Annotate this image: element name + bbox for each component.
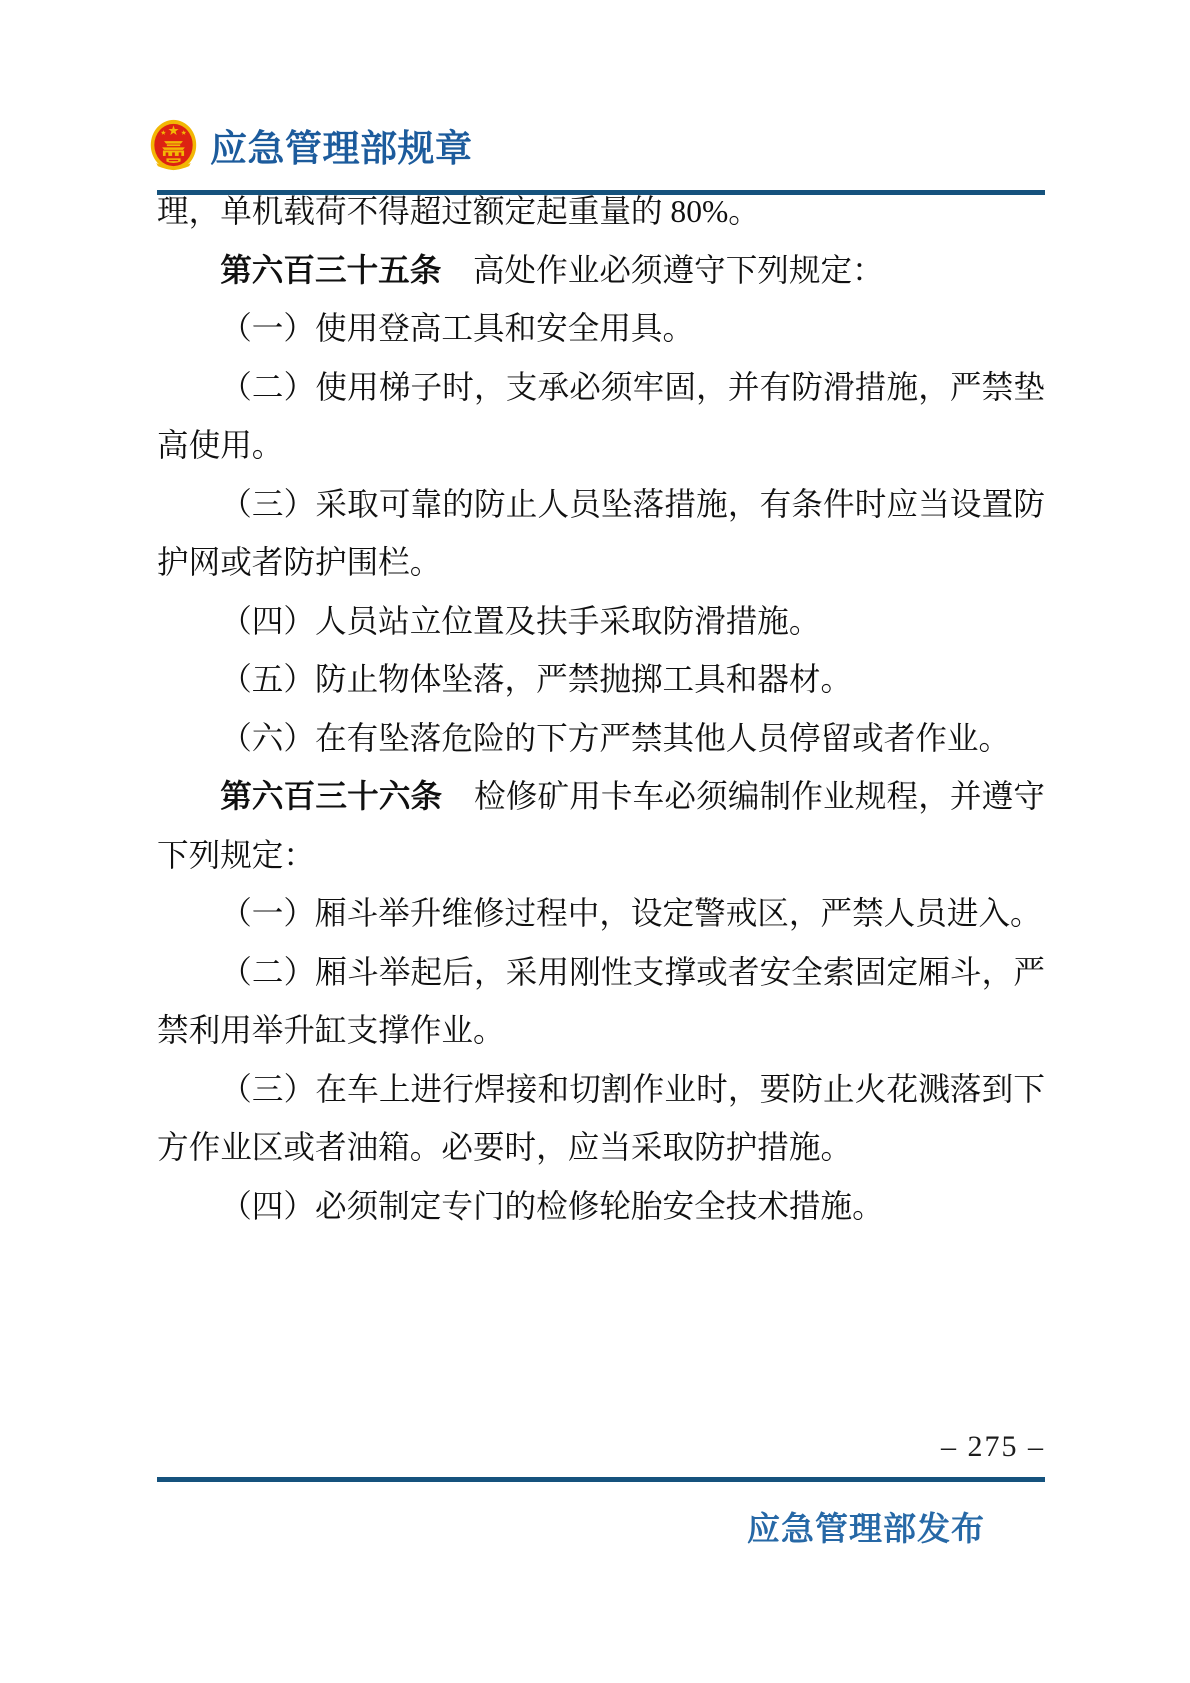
document-body: 理，单机载荷不得超过额定起重量的 80%。 第六百三十五条 高处作业必须遵守下列… bbox=[157, 183, 1045, 1236]
article-number: 第六百三十六条 bbox=[220, 779, 442, 814]
paragraph: （二）厢斗举起后，采用刚性支撑或者安全索固定厢斗，严禁利用举升缸支撑作业。 bbox=[157, 944, 1045, 1061]
document-page: 应急管理部规章 理，单机载荷不得超过额定起重量的 80%。 第六百三十五条 高处… bbox=[0, 0, 1190, 1683]
paragraph: （三）采取可靠的防止人员坠落措施，有条件时应当设置防护网或者防护围栏。 bbox=[157, 476, 1045, 593]
page-number: – 275 – bbox=[157, 1430, 1045, 1464]
paragraph: （三）在车上进行焊接和切割作业时，要防止火花溅落到下方作业区或者油箱。必要时，应… bbox=[157, 1061, 1045, 1178]
paragraph: （五）防止物体坠落，严禁抛掷工具和器材。 bbox=[157, 651, 1045, 710]
footer-rule bbox=[157, 1477, 1045, 1482]
paragraph: （二）使用梯子时，支承必须牢固，并有防滑措施，严禁垫高使用。 bbox=[157, 359, 1045, 476]
paragraph: （一）厢斗举升维修过程中，设定警戒区，严禁人员进入。 bbox=[157, 885, 1045, 944]
paragraph: （一）使用登高工具和安全用具。 bbox=[157, 300, 1045, 359]
paragraph: （四）必须制定专门的检修轮胎安全技术措施。 bbox=[157, 1178, 1045, 1237]
paragraph-article-635: 第六百三十五条 高处作业必须遵守下列规定： bbox=[157, 242, 1045, 301]
china-national-emblem-icon bbox=[150, 119, 197, 171]
paragraph-article-636: 第六百三十六条 检修矿用卡车必须编制作业规程，并遵守下列规定： bbox=[157, 768, 1045, 885]
paragraph: （六）在有坠落危险的下方严禁其他人员停留或者作业。 bbox=[157, 710, 1045, 769]
article-number: 第六百三十五条 bbox=[220, 253, 441, 288]
publisher-label: 应急管理部发布 bbox=[157, 1503, 985, 1550]
paragraph: 理，单机载荷不得超过额定起重量的 80%。 bbox=[157, 183, 1045, 242]
page-header: 应急管理部规章 bbox=[150, 118, 473, 172]
paragraph: （四）人员站立位置及扶手采取防滑措施。 bbox=[157, 593, 1045, 652]
page-title: 应急管理部规章 bbox=[210, 118, 473, 172]
